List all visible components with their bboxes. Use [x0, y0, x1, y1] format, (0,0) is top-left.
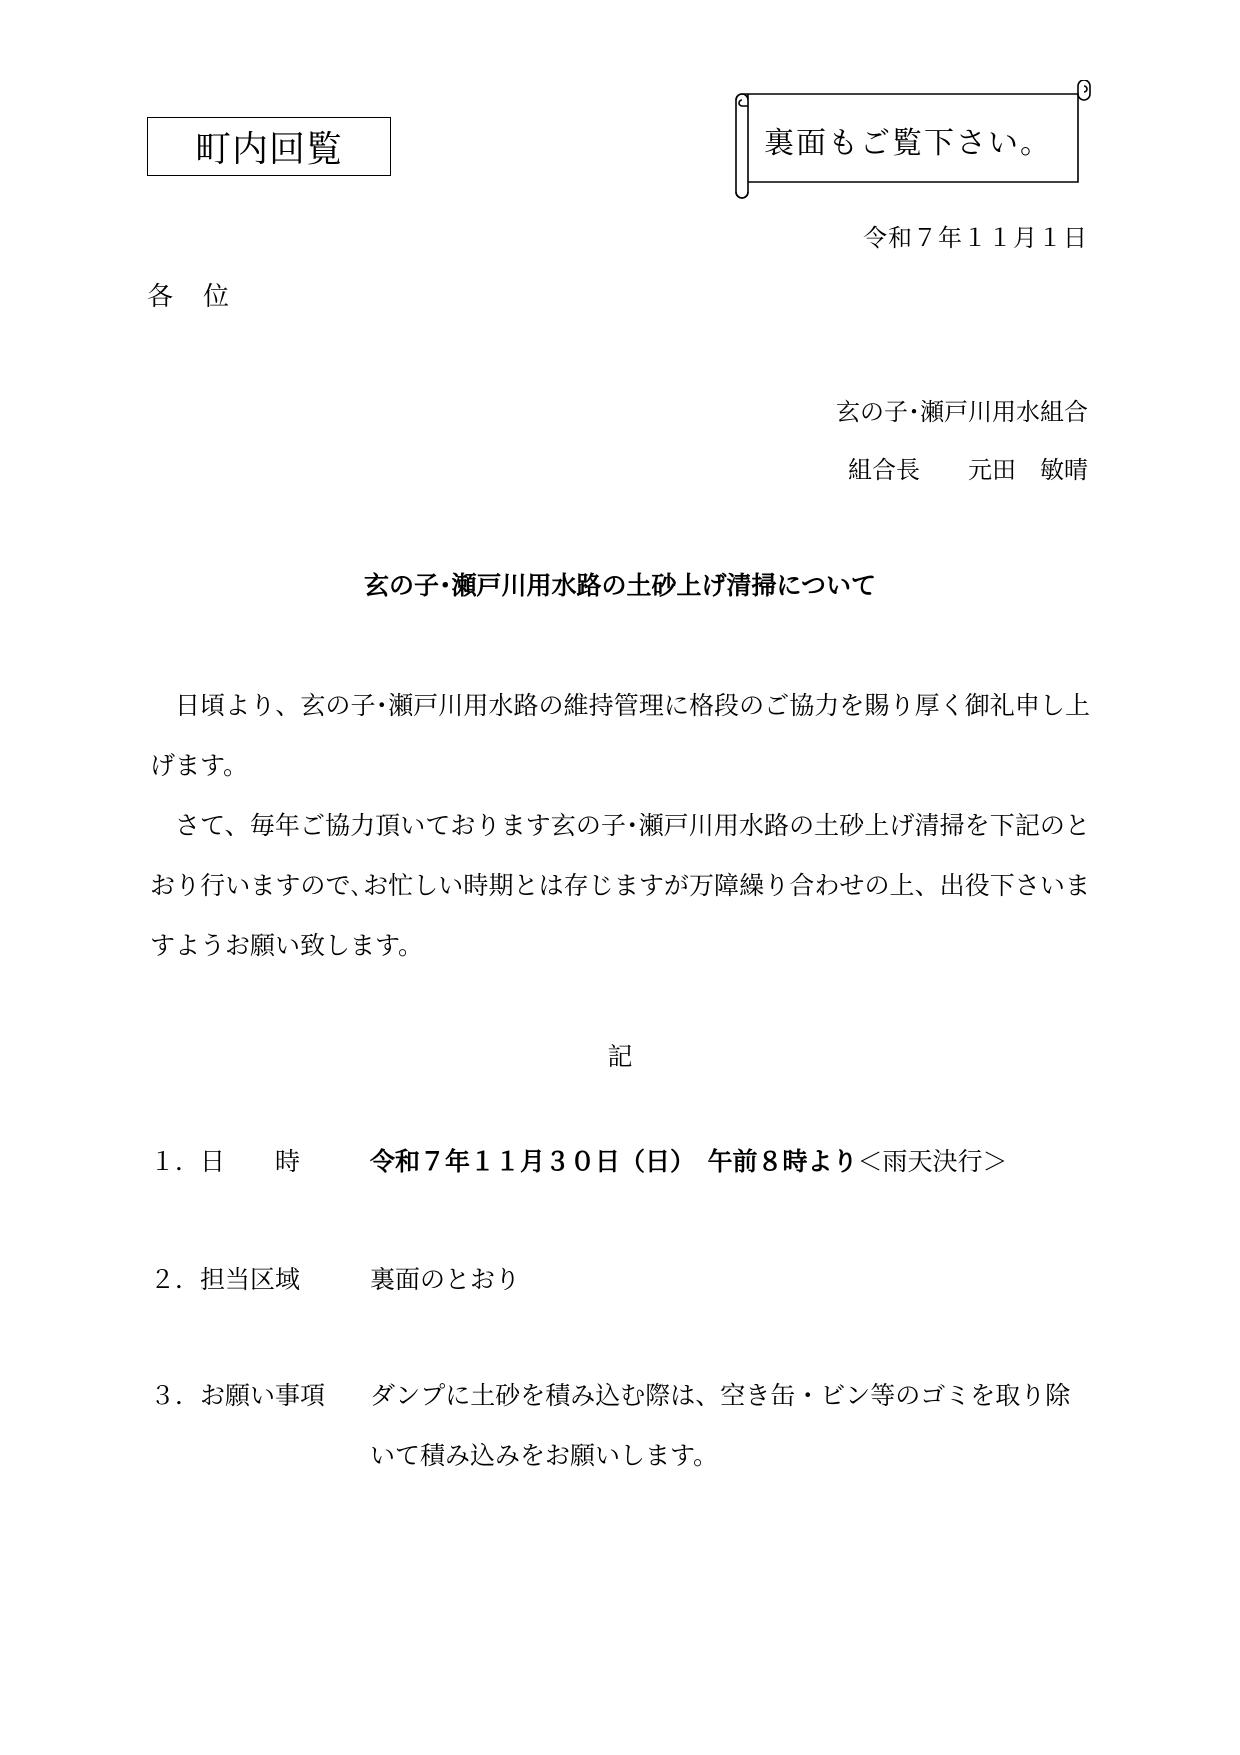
- item-label: 日 時: [200, 1144, 370, 1180]
- sender-organization: 玄の子･瀬戸川用水組合: [836, 392, 1088, 427]
- body-paragraph-1: 日頃より、玄の子･瀬戸川用水路の維持管理に格段のご協力を賜り厚く御礼申し上げます…: [150, 676, 1090, 796]
- issue-date: 令和７年１１月１日: [863, 218, 1088, 253]
- item-content: 裏面のとおり: [370, 1262, 1090, 1298]
- datetime-bold: 令和７年１１月３０日（日） 午前８時より: [370, 1147, 858, 1176]
- item-number: １．: [150, 1144, 200, 1180]
- rain-note: ＜雨天決行＞: [858, 1147, 1008, 1176]
- sender-name: 組合長 元田 敏晴: [848, 450, 1088, 485]
- document-title: 玄の子･瀬戸川用水路の土砂上げ清掃について: [0, 566, 1240, 602]
- item-number: ２．: [150, 1262, 200, 1298]
- item-area: ２． 担当区域 裏面のとおり: [150, 1262, 1090, 1298]
- ki-heading: 記: [0, 1037, 1240, 1073]
- item-label: お願い事項: [200, 1378, 370, 1414]
- scroll-note: 裏面もご覧下さい。: [764, 118, 1052, 162]
- item-requests: ３． お願い事項 ダンプに土砂を積み込む際は、空き缶・ビン等のゴミを取り除いて積…: [150, 1378, 1090, 1486]
- item-label: 担当区域: [200, 1262, 370, 1298]
- scroll-banner: 裏面もご覧下さい。: [728, 80, 1094, 202]
- item-number: ３．: [150, 1378, 200, 1414]
- body-paragraph-2: さて、毎年ご協力頂いております玄の子･瀬戸川用水路の土砂上げ清掃を下記のとおり行…: [150, 796, 1090, 976]
- item-datetime: １． 日 時 令和７年１１月３０日（日） 午前８時より＜雨天決行＞: [150, 1144, 1090, 1180]
- item-content: ダンプに土砂を積み込む際は、空き缶・ビン等のゴミを取り除いて積み込みをお願いしま…: [370, 1366, 1090, 1486]
- item-content: 令和７年１１月３０日（日） 午前８時より＜雨天決行＞: [370, 1144, 1090, 1180]
- circulation-label-box: 町内回覧: [147, 117, 391, 176]
- addressee: 各 位: [147, 276, 231, 313]
- circulation-label: 町内回覧: [195, 121, 343, 172]
- body-text: 日頃より、玄の子･瀬戸川用水路の維持管理に格段のご協力を賜り厚く御礼申し上げます…: [150, 676, 1090, 976]
